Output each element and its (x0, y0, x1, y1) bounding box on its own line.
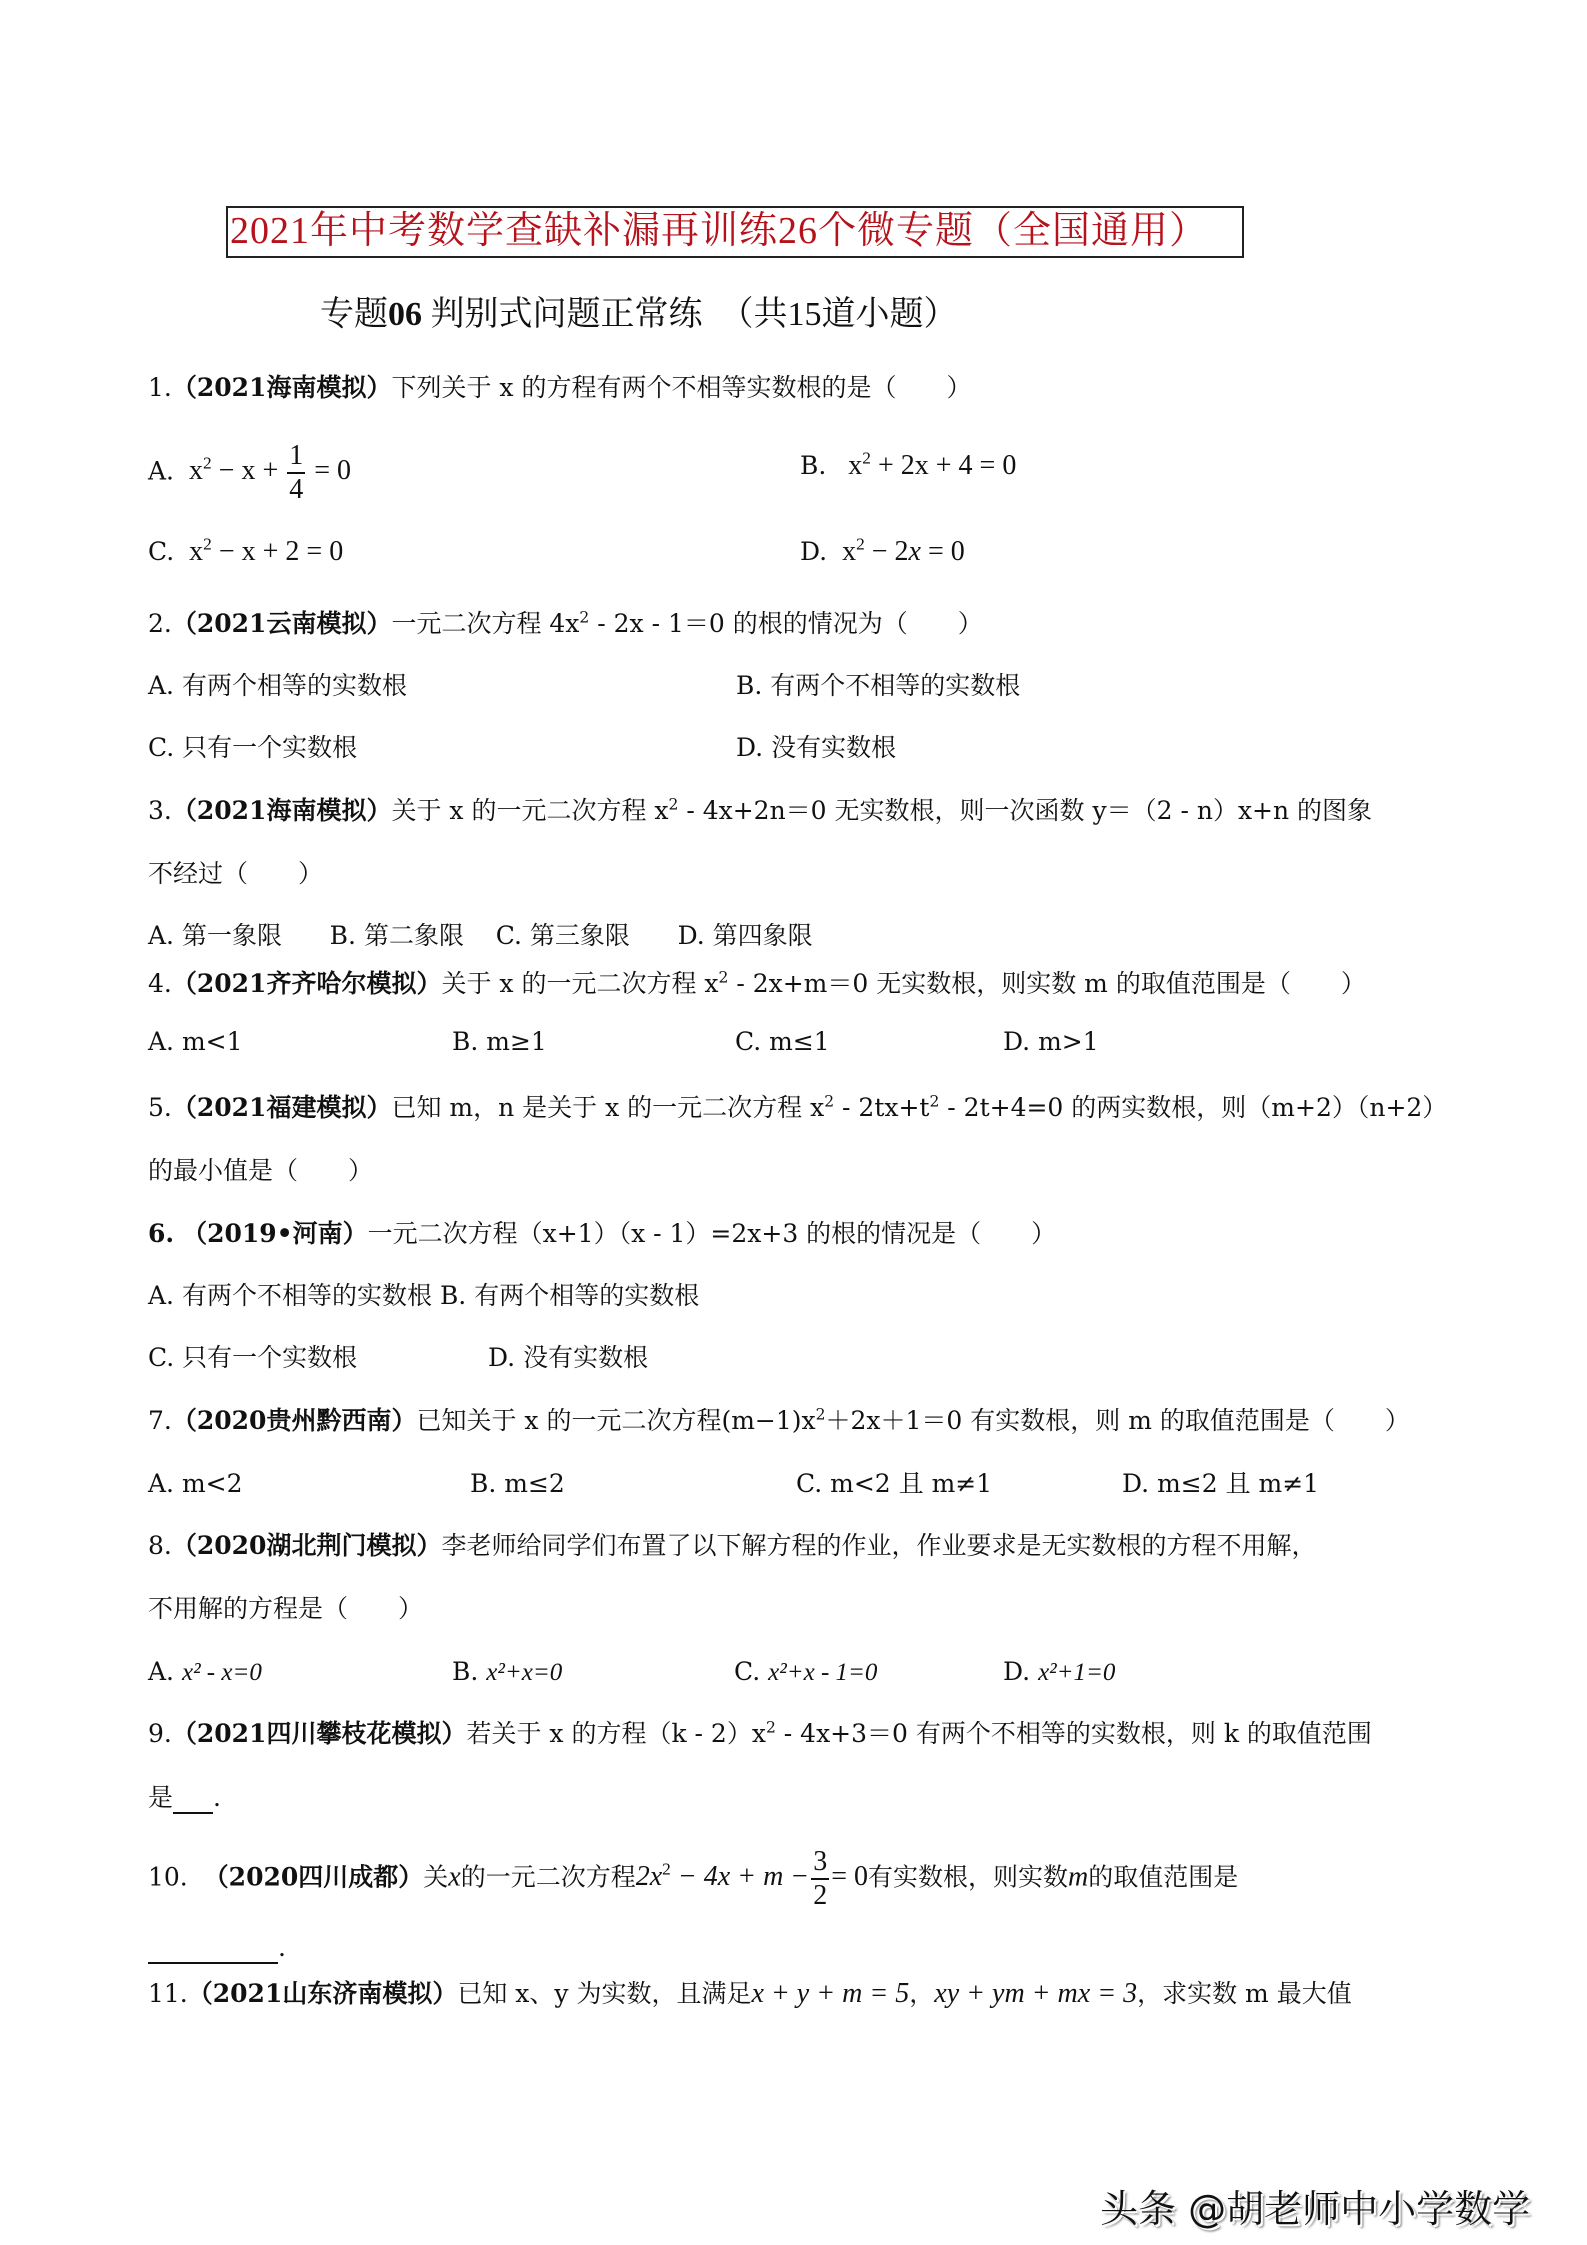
question-3-options: A. 第一象限 B. 第二象限 C. 第三象限 D. 第四象限 (148, 920, 813, 952)
question-text: - 2tx+t (834, 1093, 929, 1122)
denominator: 2 (813, 1880, 827, 1910)
question-4-option-b: B. m≥1 (452, 1026, 547, 1058)
option-text: 没有实数根 (771, 733, 896, 762)
option-label: D. (1003, 1027, 1030, 1056)
document-title: 2021年中考数学查缺补漏再训练26个微专题（全国通用） (230, 208, 1208, 254)
question-1-option-c: C. x2 − x + 2 = 0 (148, 536, 343, 568)
question-text: - 2x+m＝0 无实数根，则实数 m 的取值范围是（ ） (728, 969, 1365, 998)
question-text: 一元二次方程 4x (391, 609, 579, 638)
question-number: 9. (148, 1719, 172, 1748)
variable: x (448, 1861, 460, 1892)
answer-blank[interactable] (148, 1962, 278, 1964)
question-text: . (213, 1783, 221, 1812)
question-text: 已知 m，n 是关于 x 的一元二次方程 x (391, 1093, 824, 1122)
question-6-option-c: C. 只有一个实数根 (148, 1342, 357, 1374)
question-3-stem: 3.（2021海南模拟）关于 x 的一元二次方程 x2 - 4x+2n＝0 无实… (148, 795, 1372, 827)
question-number: 1. (148, 373, 172, 402)
question-8-stem-continued: 不用解的方程是（ ） (148, 1593, 423, 1625)
option-text: 有两个不相等的实数根 (182, 1281, 432, 1310)
option-text: m<2 (182, 1469, 243, 1498)
question-number: 2. (148, 609, 172, 638)
question-text: - 2x - 1＝0 的根的情况为（ ） (589, 609, 982, 638)
question-number: 4. (148, 969, 172, 998)
option-label: C. (796, 1469, 822, 1498)
question-source: （2021海南模拟） (172, 373, 392, 402)
question-6-options-row-1: A. 有两个不相等的实数根 B. 有两个相等的实数根 (148, 1280, 699, 1312)
option-text: 有两个不相等的实数根 (770, 671, 1020, 700)
option-text: 只有一个实数根 (182, 733, 357, 762)
option-label: B. (736, 671, 762, 700)
question-source: （2021海南模拟） (172, 796, 392, 825)
question-6-stem: 6. （2019•河南）一元二次方程（x+1）（x - 1）=2x+3 的根的情… (148, 1218, 1056, 1250)
question-10-stem: 10. （2020四川成都）关x的一元二次方程2x2 − 4x + m −32=… (148, 1848, 1238, 1910)
option-label: C. (735, 1027, 761, 1056)
question-text: 的取值范围是 (1088, 1862, 1238, 1891)
question-1-option-d: D. x2 − 2x = 0 (800, 536, 965, 568)
option-text: 第四象限 (713, 921, 813, 950)
option-label: A. (148, 1657, 174, 1686)
question-source: （2021山东济南模拟） (188, 1979, 458, 2008)
option-text: m≤2 且 m≠1 (1157, 1469, 1319, 1498)
option-text: m≥1 (486, 1027, 547, 1056)
option-equation: x²+1=0 (1038, 1659, 1115, 1686)
fraction: 14 (287, 442, 305, 504)
equation: xy + ym + mx = 3 (934, 1978, 1137, 2009)
option-equation: x²+x - 1=0 (768, 1659, 877, 1686)
question-number: 6. (148, 1219, 174, 1248)
option-equation: x²+x=0 (486, 1659, 562, 1686)
question-text: 的一元二次方程 (461, 1862, 636, 1891)
question-11-stem: 11.（2021山东济南模拟）已知 x、y 为实数，且满足x + y + m =… (148, 1978, 1352, 2010)
option-text: 只有一个实数根 (182, 1343, 357, 1372)
question-7-option-a: A. m<2 (148, 1468, 243, 1500)
question-7-option-b: B. m≤2 (470, 1468, 565, 1500)
option-label: D. (1122, 1469, 1149, 1498)
question-source: （2020湖北荆门模拟） (172, 1531, 442, 1560)
question-text: 关于 x 的一元二次方程 x (391, 796, 668, 825)
question-8-option-d: D. x²+1=0 (1003, 1656, 1115, 1689)
question-4-option-c: C. m≤1 (735, 1026, 830, 1058)
question-2-option-b: B. 有两个不相等的实数根 (736, 670, 1020, 702)
question-3-option-c: C. 第三象限 (496, 921, 630, 950)
question-text: - 4x+3＝0 有两个不相等的实数根，则 k 的取值范围 (776, 1719, 1372, 1748)
option-text: 第一象限 (182, 921, 282, 950)
question-1-option-a: A. x2 − x + 14 = 0 (148, 442, 351, 504)
option-text: m>1 (1038, 1027, 1099, 1056)
question-text: 是 (148, 1783, 173, 1812)
question-6-option-a: A. 有两个不相等的实数根 (148, 1281, 432, 1310)
option-text: m≤1 (769, 1027, 830, 1056)
option-label: B. (452, 1657, 478, 1686)
option-label: A. (148, 1469, 174, 1498)
option-label: B. (440, 1281, 466, 1310)
question-number: 10. (148, 1862, 188, 1891)
option-equation: x2 + 2x + 4 = 0 (834, 450, 1016, 481)
question-8-option-c: C. x²+x - 1=0 (734, 1656, 877, 1689)
question-text: ＋2x＋1＝0 有实数根，则 m 的取值范围是（ ） (826, 1406, 1410, 1435)
subtitle-number: 06 (388, 296, 422, 333)
option-label: B. (470, 1469, 496, 1498)
option-label: A. (148, 456, 174, 485)
question-1-stem: 1.（2021海南模拟）下列关于 x 的方程有两个不相等实数根的是（ ） (148, 372, 971, 404)
question-text: 一元二次方程（x+1）（x - 1）=2x+3 的根的情况是（ ） (368, 1219, 1057, 1248)
question-number: 8. (148, 1531, 172, 1560)
equation-part: = 0 (831, 1861, 868, 1892)
variable: m (1068, 1861, 1088, 1892)
question-source: （2021齐齐哈尔模拟） (172, 969, 442, 998)
question-text: 有实数根，则实数 (868, 1862, 1068, 1891)
question-number: 11. (148, 1979, 188, 2008)
option-equation: x² - x=0 (182, 1659, 262, 1686)
question-4-stem: 4.（2021齐齐哈尔模拟）关于 x 的一元二次方程 x2 - 2x+m＝0 无… (148, 968, 1366, 1000)
question-source: （2020贵州黔西南） (172, 1406, 417, 1435)
question-3-option-a: A. 第一象限 (148, 921, 282, 950)
option-text: 有两个相等的实数根 (474, 1281, 699, 1310)
question-number: 5. (148, 1093, 172, 1122)
question-3-option-b: B. 第二象限 (330, 921, 464, 950)
option-text: m<1 (182, 1027, 243, 1056)
option-label: D. (678, 921, 705, 950)
question-2-option-d: D. 没有实数根 (736, 732, 896, 764)
option-label: C. (148, 733, 174, 762)
question-text: 关 (423, 1862, 448, 1891)
option-label: D. (736, 733, 763, 762)
fraction: 32 (811, 1848, 829, 1910)
watermark: 头条 @胡老师中小学数学 (1100, 2178, 1530, 2233)
option-label: D. (488, 1343, 515, 1372)
question-1-option-b: B. x2 + 2x + 4 = 0 (800, 450, 1016, 482)
question-9-stem-continued: 是. (148, 1782, 221, 1814)
option-label: B. (800, 451, 826, 480)
option-label: A. (148, 921, 174, 950)
question-text: 关于 x 的一元二次方程 x (441, 969, 718, 998)
question-source: （2021福建模拟） (172, 1093, 392, 1122)
question-3-option-d: D. 第四象限 (678, 921, 813, 950)
question-2-stem: 2.（2021云南模拟）一元二次方程 4x2 - 2x - 1＝0 的根的情况为… (148, 608, 983, 640)
option-label: C. (496, 921, 522, 950)
question-text: . (278, 1933, 286, 1962)
option-text: 没有实数根 (523, 1343, 648, 1372)
question-8-option-a: A. x² - x=0 (148, 1656, 262, 1689)
question-source: （2019•河南） (182, 1219, 368, 1248)
option-label: C. (148, 537, 174, 566)
option-label: A. (148, 1027, 174, 1056)
question-text: 若关于 x 的方程（k - 2）x (466, 1719, 766, 1748)
question-2-option-a: A. 有两个相等的实数根 (148, 670, 407, 702)
option-text: m≤2 (504, 1469, 565, 1498)
section-subtitle: 专题06 判别式问题正常练 （共15道小题） (320, 294, 958, 336)
question-text: ，求实数 m 最大值 (1137, 1979, 1352, 2008)
option-label: D. (1003, 1657, 1030, 1686)
subtitle-main: 判别式问题正常练 （共15道小题） (422, 296, 958, 333)
question-7-stem: 7.（2020贵州黔西南）已知关于 x 的一元二次方程(m−1)x2＋2x＋1＝… (148, 1405, 1410, 1437)
option-equation: x2 − x + 14 = 0 (182, 455, 351, 486)
option-equation: x2 − x + 2 = 0 (182, 536, 343, 567)
answer-blank[interactable] (173, 1812, 213, 1814)
option-label: B. (452, 1027, 478, 1056)
question-source: （2020四川成都） (204, 1862, 424, 1891)
option-label: A. (148, 1281, 174, 1310)
question-text: ， (909, 1979, 934, 2008)
equation-part: 2x (636, 1861, 662, 1892)
question-text: 已知关于 x 的一元二次方程(m−1)x (416, 1406, 815, 1435)
option-label: B. (330, 921, 356, 950)
question-7-option-c: C. m<2 且 m≠1 (796, 1468, 992, 1500)
equation-part: − 4x + m − (671, 1861, 809, 1892)
subtitle-prefix: 专题 (320, 296, 388, 333)
question-8-option-b: B. x²+x=0 (452, 1656, 562, 1689)
question-5-stem-continued: 的最小值是（ ） (148, 1155, 373, 1187)
question-text: 下列关于 x 的方程有两个不相等实数根的是（ ） (391, 373, 971, 402)
option-text: 有两个相等的实数根 (182, 671, 407, 700)
question-7-option-d: D. m≤2 且 m≠1 (1122, 1468, 1319, 1500)
option-label: C. (148, 1343, 174, 1372)
question-number: 3. (148, 796, 172, 825)
option-text: m<2 且 m≠1 (830, 1469, 992, 1498)
question-text: - 4x+2n＝0 无实数根，则一次函数 y＝（2 - n）x+n 的图象 (678, 796, 1372, 825)
question-4-option-a: A. m<1 (148, 1026, 243, 1058)
equation: x + y + m = 5 (751, 1978, 909, 2009)
option-label: D. (800, 537, 827, 566)
option-equation: x2 − 2x = 0 (835, 536, 965, 567)
option-label: C. (734, 1657, 760, 1686)
question-text: 李老师给同学们布置了以下解方程的作业，作业要求是无实数根的方程不用解， (441, 1531, 1316, 1560)
question-6-option-d: D. 没有实数根 (488, 1342, 648, 1374)
question-3-stem-continued: 不经过（ ） (148, 858, 323, 890)
option-text: 第三象限 (530, 921, 630, 950)
option-label: A. (148, 671, 174, 700)
question-5-stem: 5.（2021福建模拟）已知 m，n 是关于 x 的一元二次方程 x2 - 2t… (148, 1092, 1447, 1124)
question-number: 7. (148, 1406, 172, 1435)
question-text: - 2t+4=0 的两实数根，则（m+2）（n+2） (939, 1093, 1447, 1122)
numerator: 3 (811, 1848, 829, 1880)
question-4-option-d: D. m>1 (1003, 1026, 1099, 1058)
question-8-stem: 8.（2020湖北荆门模拟）李老师给同学们布置了以下解方程的作业，作业要求是无实… (148, 1530, 1316, 1562)
equation: 2x2 − 4x + m −32= 0 (636, 1861, 868, 1892)
question-10-blank-line: . (148, 1932, 286, 1964)
option-text: 第二象限 (364, 921, 464, 950)
question-source: （2021四川攀枝花模拟） (172, 1719, 467, 1748)
question-text: 已知 x、y 为实数，且满足 (457, 1979, 751, 2008)
question-source: （2021云南模拟） (172, 609, 392, 638)
question-2-option-c: C. 只有一个实数根 (148, 732, 357, 764)
question-9-stem: 9.（2021四川攀枝花模拟）若关于 x 的方程（k - 2）x2 - 4x+3… (148, 1718, 1372, 1750)
question-6-option-b: B. 有两个相等的实数根 (440, 1281, 699, 1310)
